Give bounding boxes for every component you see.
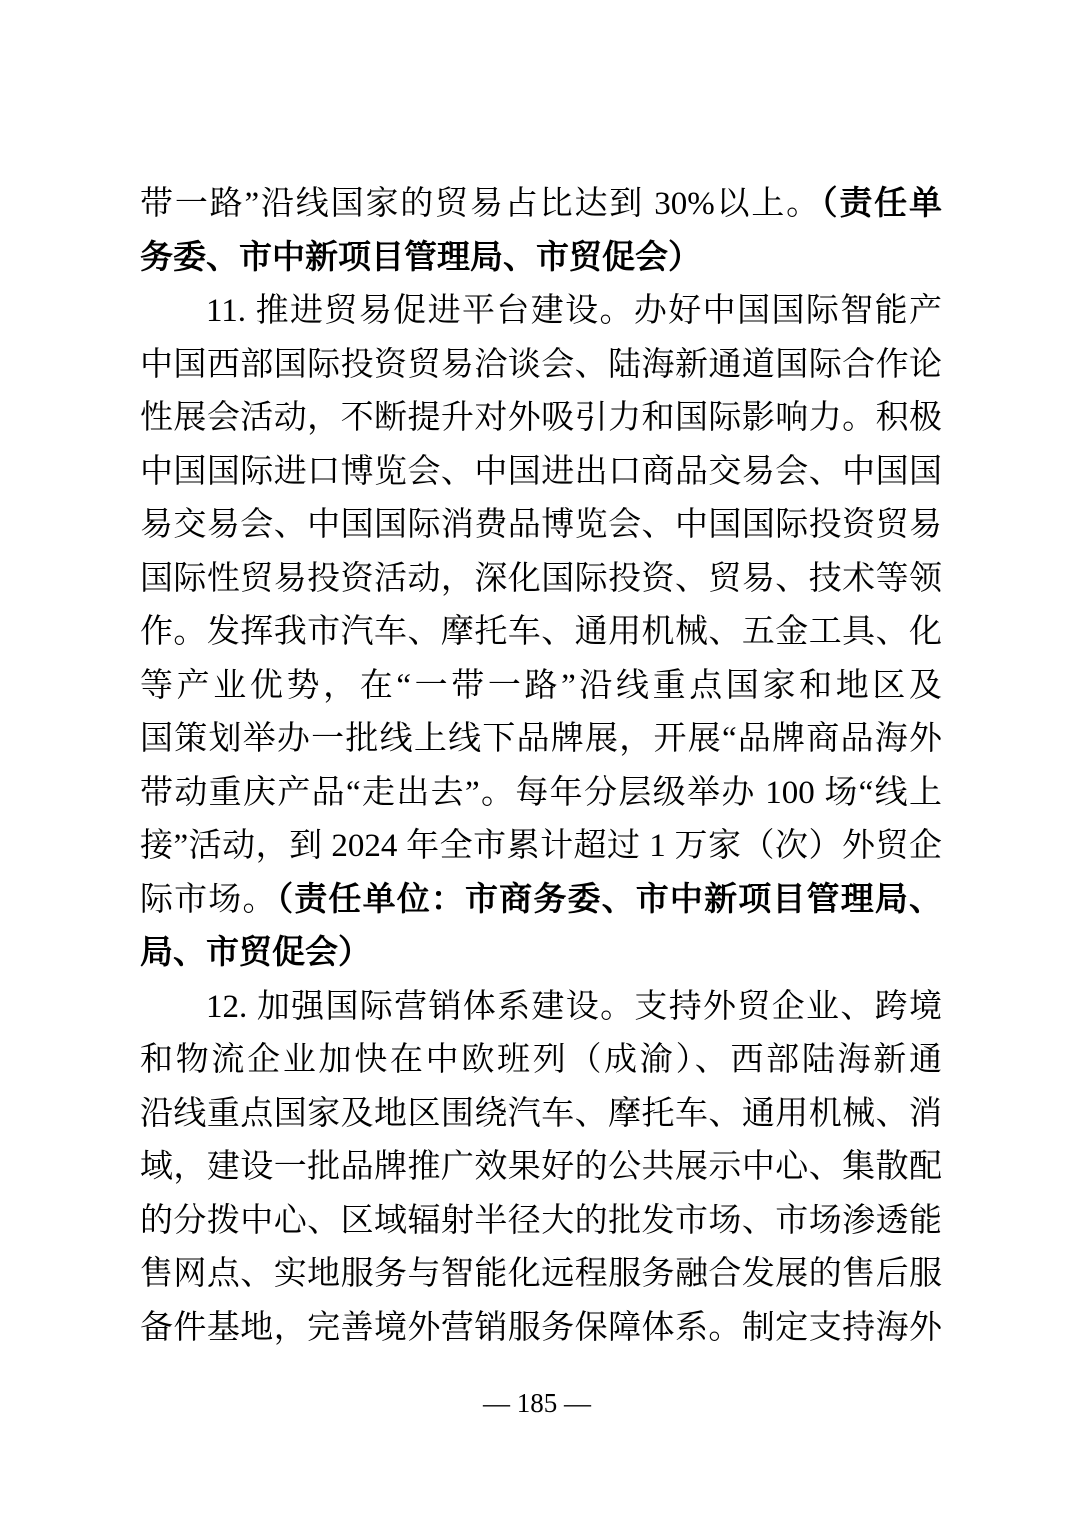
text-line: 作。发挥我市汽车、摩托车、通用机械、五金工具、化工、医药 [140, 606, 942, 660]
body-text-segment: 国际性贸易投资活动，深化国际投资、贸易、技术等领域交流合 [140, 561, 942, 607]
text-line: 等产业优势，在“一带一路”沿线重点国家和地区及 RCEP 成员 [140, 660, 942, 714]
body-text-segment: 接”活动，到 2024 年全市累计超过 1 万家（次）外贸企业拓展国 [140, 828, 942, 874]
text-line: 中国西部国际投资贸易洽谈会、陆海新通道国际合作论坛等国际 [140, 339, 942, 393]
body-text-segment: 等产业优势，在“一带一路”沿线重点国家和地区及 RCEP 成员 [140, 668, 942, 714]
body-text-segment: 12. 加强国际营销体系建设。支持外贸企业、跨境电商企业 [140, 989, 942, 1035]
body-text-segment: 国策划举办一批线上线下品牌展，开展“品牌商品海外行”活动， [140, 721, 942, 767]
body-text-segment: 带动重庆产品“走出去”。每年分层级举办 100 场“线上展、云对 [140, 775, 942, 821]
body-text-segment: 中国西部国际投资贸易洽谈会、陆海新通道国际合作论坛等国际 [140, 347, 942, 393]
text-line: 的分拨中心、区域辐射半径大的批发市场、市场渗透能力强的零 [140, 1195, 942, 1249]
document-page: 带一路”沿线国家的贸易占比达到 30%以上。（责任单位：市商务委、市中新项目管理… [0, 0, 1074, 1520]
text-line: 带一路”沿线国家的贸易占比达到 30%以上。（责任单位：市商 [140, 178, 942, 232]
text-line: 中国国际进口博览会、中国进出口商品交易会、中国国际服务贸 [140, 446, 942, 500]
text-line: 国际性贸易投资活动，深化国际投资、贸易、技术等领域交流合 [140, 553, 942, 607]
body-text-segment: 作。发挥我市汽车、摩托车、通用机械、五金工具、化工、医药 [140, 614, 942, 660]
text-line: 务委、市中新项目管理局、市贸促会） [140, 232, 942, 286]
body-text-segment: 带一路”沿线国家的贸易占比达到 30%以上。 [140, 186, 821, 222]
text-line: 11. 推进贸易促进平台建设。办好中国国际智能产业博览会、 [140, 285, 942, 339]
body-text-segment: 域，建设一批品牌推广效果好的公共展示中心、集散配送功能强 [140, 1149, 942, 1195]
responsibility-unit-text: 务委、市中新项目管理局、市贸促会） [140, 240, 701, 276]
text-line: 带动重庆产品“走出去”。每年分层级举办 100 场“线上展、云对 [140, 767, 942, 821]
text-line: 售网点、实地服务与智能化远程服务融合发展的售后服务网点和 [140, 1248, 942, 1302]
responsibility-unit-text: 局、市贸促会） [140, 935, 371, 971]
body-text-segment: 备件基地，完善境外营销服务保障体系。制定支持海外仓高质量 [140, 1310, 942, 1356]
body-text-segment: 和物流企业加快在中欧班列（成渝）、西部陆海新通道、国际航线 [140, 1042, 942, 1088]
text-line: 局、市贸促会） [140, 927, 942, 981]
body-text-segment: 沿线重点国家及地区围绕汽车、摩托车、通用机械、消费品等领 [140, 1096, 942, 1142]
text-line: 接”活动，到 2024 年全市累计超过 1 万家（次）外贸企业拓展国 [140, 820, 942, 874]
body-text-segment: 易交易会、中国国际消费品博览会、中国国际投资贸易洽谈会等 [140, 507, 942, 553]
text-line: 易交易会、中国国际消费品博览会、中国国际投资贸易洽谈会等 [140, 499, 942, 553]
text-line: 域，建设一批品牌推广效果好的公共展示中心、集散配送功能强 [140, 1141, 942, 1195]
text-line: 性展会活动，不断提升对外吸引力和国际影响力。积极组团参加 [140, 392, 942, 446]
body-text-segment: 的分拨中心、区域辐射半径大的批发市场、市场渗透能力强的零 [140, 1203, 942, 1249]
body-text-segment: 性展会活动，不断提升对外吸引力和国际影响力。积极组团参加 [140, 400, 942, 446]
body-text-segment: 11. 推进贸易促进平台建设。办好中国国际智能产业博览会、 [140, 293, 942, 339]
body-text-segment: 售网点、实地服务与智能化远程服务融合发展的售后服务网点和 [140, 1256, 942, 1302]
body-text-segment: 际市场。 [140, 882, 277, 918]
text-line: 和物流企业加快在中欧班列（成渝）、西部陆海新通道、国际航线 [140, 1034, 942, 1088]
page-number: — 185 — [0, 1383, 1074, 1423]
text-line: 备件基地，完善境外营销服务保障体系。制定支持海外仓高质量 [140, 1302, 942, 1356]
text-line: 沿线重点国家及地区围绕汽车、摩托车、通用机械、消费品等领 [140, 1088, 942, 1142]
text-line: 12. 加强国际营销体系建设。支持外贸企业、跨境电商企业 [140, 981, 942, 1035]
body-text-block: 带一路”沿线国家的贸易占比达到 30%以上。（责任单位：市商务委、市中新项目管理… [140, 178, 942, 1355]
body-text-segment: 中国国际进口博览会、中国进出口商品交易会、中国国际服务贸 [140, 454, 942, 500]
text-line: 际市场。（责任单位：市商务委、市中新项目管理局、市招商投资 [140, 874, 942, 928]
text-line: 国策划举办一批线上线下品牌展，开展“品牌商品海外行”活动， [140, 713, 942, 767]
